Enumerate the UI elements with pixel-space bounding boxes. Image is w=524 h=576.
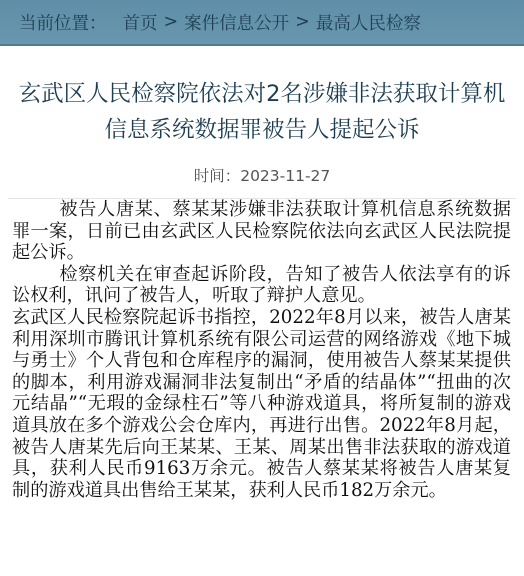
article-paragraph: 检察机关在审查起诉阶段，告知了被告人依法享有的诉讼权利，讯问了被告人，听取了辩护… [12, 264, 511, 307]
time-value: 2023-11-27 [240, 167, 330, 185]
breadcrumb-separator: > [164, 12, 179, 32]
breadcrumb-case-info-link[interactable]: 案件信息公开 [184, 10, 289, 35]
breadcrumb-label: 当前位置： [19, 10, 107, 35]
article-body: 被告人唐某、蔡某某涉嫌非法获取计算机信息系统数据罪一案，日前已由玄武区人民检察院… [8, 198, 516, 501]
breadcrumb-current[interactable]: 最高人民检察 [316, 10, 421, 35]
breadcrumb-home-link[interactable]: 首页 [123, 10, 158, 35]
article-time: 时间：2023-11-27 [0, 164, 524, 188]
time-label: 时间： [194, 167, 241, 185]
article-paragraph: 玄武区人民检察院起诉书指控，2022年8月以来，被告人唐某利用深圳市腾讯计算机系… [12, 307, 511, 501]
article-paragraph: 被告人唐某、蔡某某涉嫌非法获取计算机信息系统数据罪一案，日前已由玄武区人民检察院… [12, 199, 511, 264]
article-title: 玄武区人民检察院依法对2名涉嫌非法获取计算机信息系统数据罪被告人提起公诉 [0, 76, 524, 148]
breadcrumb-bar: 当前位置： 首页 > 案件信息公开 > 最高人民检察 [0, 0, 524, 46]
breadcrumb-separator: > [295, 12, 310, 32]
